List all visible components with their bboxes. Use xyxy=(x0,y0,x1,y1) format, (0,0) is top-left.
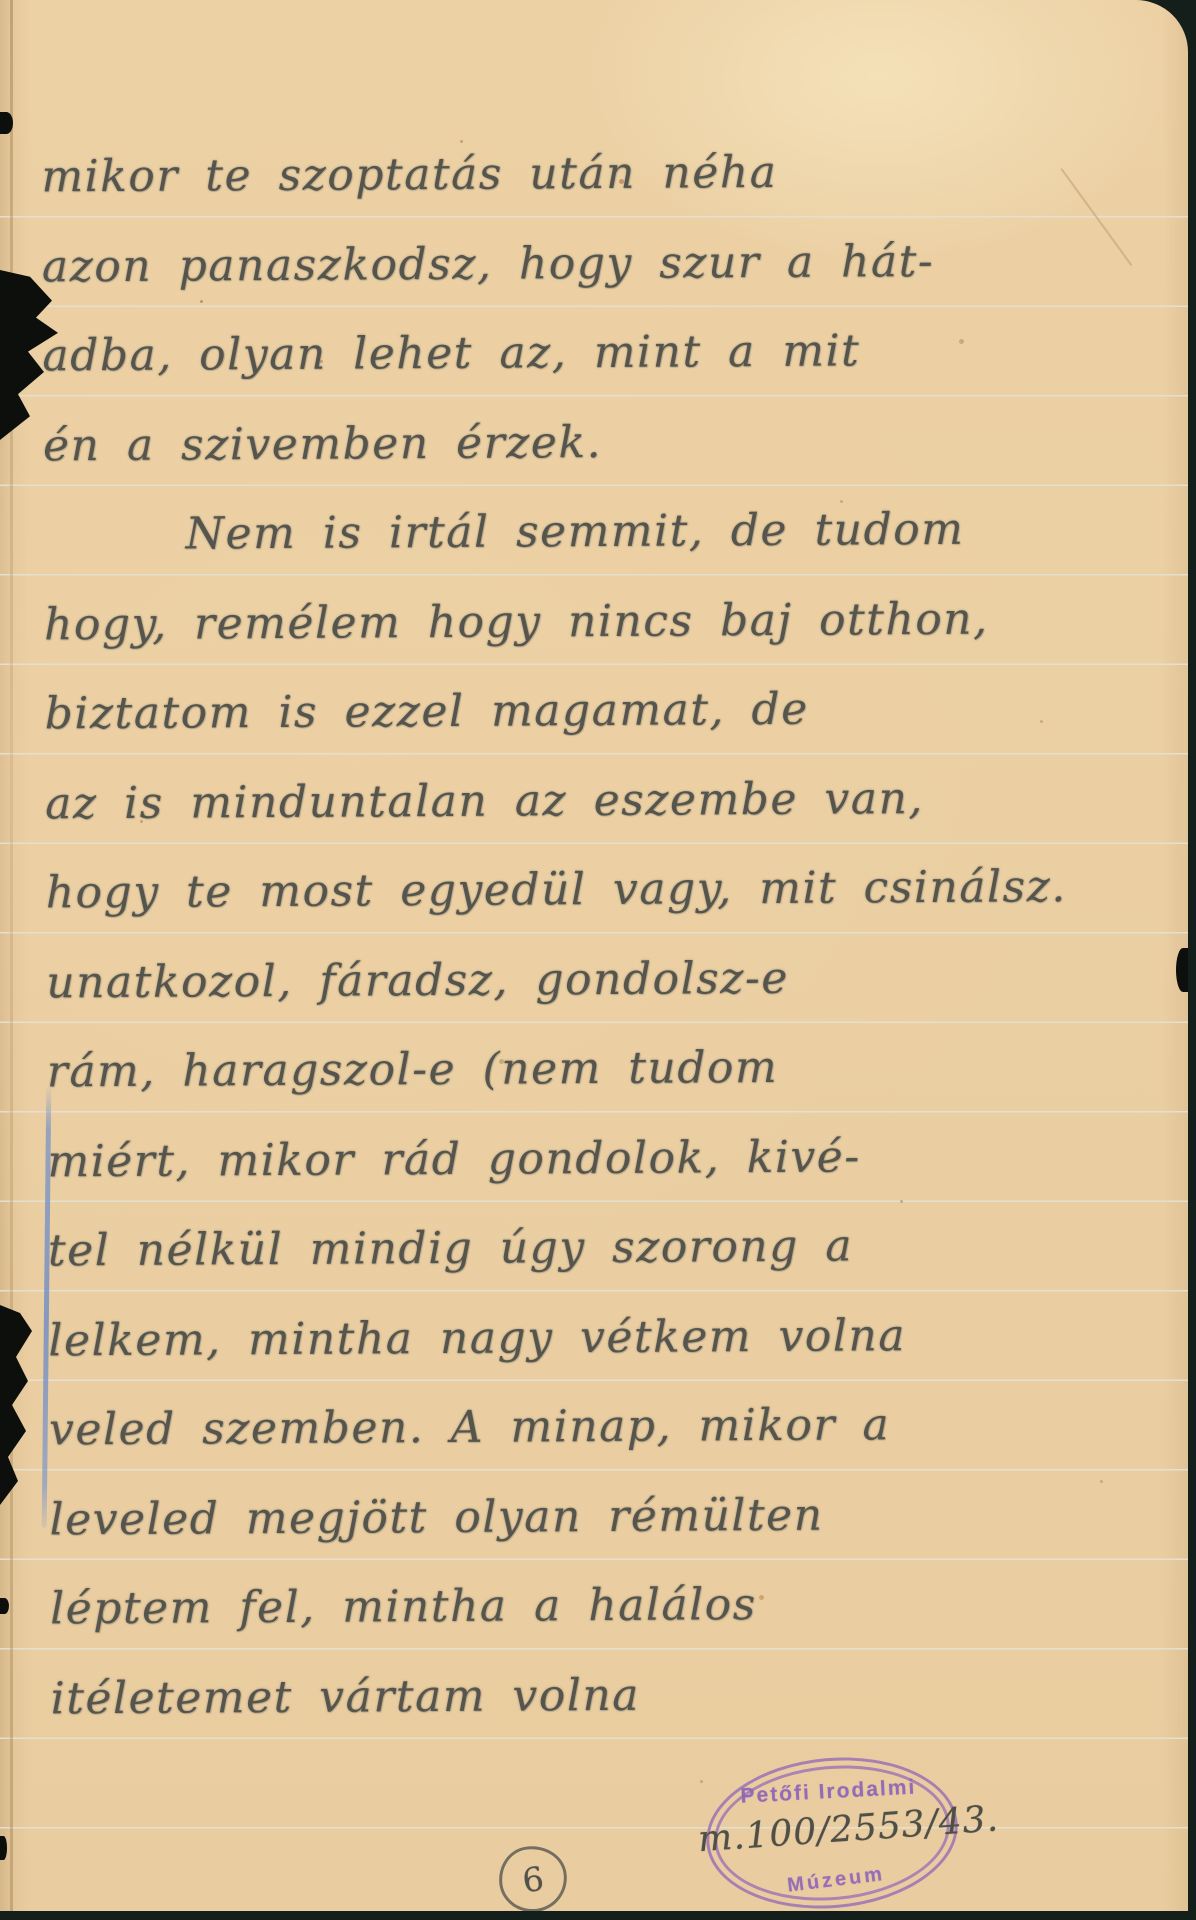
handwritten-line: unatkozol, fáradsz, gondolsz-e xyxy=(46,931,1167,1027)
handwritten-line: veled szemben. A minap, mikor a xyxy=(49,1379,1170,1475)
handwritten-line: miért, mikor rád gondolok, kivé- xyxy=(47,1110,1168,1206)
edge-speck xyxy=(0,1836,7,1860)
handwritten-line: azon panaszkodsz, hogy szur a hát- xyxy=(42,215,1163,311)
handwritten-line: tel nélkül mindig úgy szorong a xyxy=(48,1200,1169,1296)
handwritten-line: biztatom is ezzel magamat, de xyxy=(44,663,1165,759)
handwritten-line: az is minduntalan az eszembe van, xyxy=(45,752,1166,848)
handwritten-line: itéletemet vártam volna xyxy=(50,1647,1171,1743)
handwritten-line: lelkem, mintha nagy vétkem volna xyxy=(48,1289,1169,1385)
handwritten-line: hogy, remélem hogy nincs baj otthon, xyxy=(44,573,1165,669)
edge-speck xyxy=(0,112,13,134)
edge-speck xyxy=(0,1598,9,1614)
right-edge-notch xyxy=(1176,948,1188,992)
handwritten-line: hogy te most egyedül vagy, mit csinálsz. xyxy=(45,842,1166,938)
handwritten-line-paragraph-start: Nem is irtál semmit, de tudom xyxy=(43,484,1164,580)
handwritten-line: mikor te szoptatás után néha xyxy=(41,126,1162,222)
handwritten-line: rám, haragszol-e (nem tudom xyxy=(47,1021,1168,1117)
museum-oval-stamp: Petőfi Irodalmi m.100/2553/43. Múzeum xyxy=(700,1747,964,1911)
manuscript-page: mikor te szoptatás után néha azon panasz… xyxy=(0,0,1188,1911)
page-number-value: 6 xyxy=(520,1858,546,1900)
handwritten-text-block: mikor te szoptatás után néha azon panasz… xyxy=(41,126,1171,1744)
handwritten-line: én a szivemben érzek. xyxy=(43,394,1164,490)
handwritten-line: adba, olyan lehet az, mint a mit xyxy=(42,305,1163,401)
handwritten-line: leveled megjött olyan rémülten xyxy=(49,1468,1170,1564)
handwritten-line: léptem fel, mintha a halálos xyxy=(50,1558,1171,1654)
